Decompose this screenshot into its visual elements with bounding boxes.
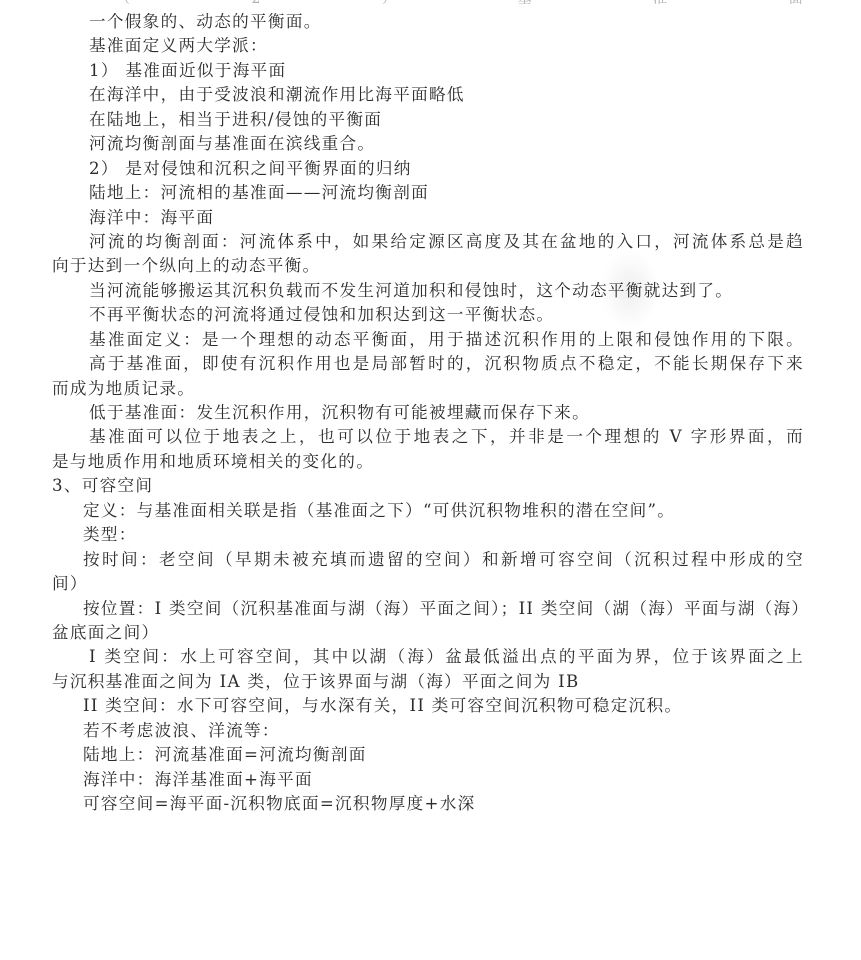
text-line: 高于基准面，即使有沉积作用也是局部暂时的，沉积物质点不稳定，不能长期保存下来 [52,352,804,376]
text-line: 而成为地质记录。 [52,377,804,401]
text-line: 间） [52,572,804,596]
document-body: 一个假象的、动态的平衡面。基准面定义两大学派：1） 基准面近似于海平面在海洋中，… [52,10,804,816]
text-line: 河流的均衡剖面：河流体系中，如果给定源区高度及其在盆地的入口，河流体系总是趋 [52,230,804,254]
text-line: 2） 是对侵蚀和沉积之间平衡界面的归纳 [52,157,804,181]
text-line: 按时间：老空间（早期未被充填而遗留的空间）和新增可容空间（沉积过程中形成的空 [52,548,804,572]
text-line: 在陆地上，相当于进积/侵蚀的平衡面 [52,108,804,132]
text-line: 不再平衡状态的河流将通过侵蚀和加积达到这一平衡状态。 [52,303,804,327]
text-line: 与沉积基准面之间为 IA 类，位于该界面与湖（海）平面之间为 IB [52,670,804,694]
text-line: 若不考虑波浪、洋流等： [52,719,804,743]
text-line: I 类空间：水上可容空间，其中以湖（海）盆最低溢出点的平面为界，位于该界面之上 [52,645,804,669]
text-line: 基准面定义两大学派： [52,34,804,58]
text-line: 海洋中：海洋基准面+海平面 [52,768,804,792]
text-line: 基准面可以位于地表之上，也可以位于地表之下，并非是一个理想的 V 字形界面，而 [52,425,804,449]
text-line: 河流均衡剖面与基准面在滨线重合。 [52,132,804,156]
text-line: 基准面定义：是一个理想的动态平衡面，用于描述沉积作用的上限和侵蚀作用的下限。 [52,328,804,352]
text-line: II 类空间：水下可容空间，与水深有关，II 类可容空间沉积物可稳定沉积。 [52,694,804,718]
text-line: 在海洋中，由于受波浪和潮流作用比海平面略低 [52,83,804,107]
text-line: 3、可容空间 [52,474,804,498]
text-line: 1） 基准面近似于海平面 [52,59,804,83]
cut-off-header-line: （2）基准面 [52,0,804,10]
text-line: 按位置：I 类空间（沉积基准面与湖（海）平面之间）；II 类空间（湖（海）平面与… [52,597,804,621]
document-page: （2）基准面 一个假象的、动态的平衡面。基准面定义两大学派：1） 基准面近似于海… [52,0,804,816]
text-line: 当河流能够搬运其沉积负载而不发生河道加积和侵蚀时，这个动态平衡就达到了。 [52,279,804,303]
text-line: 陆地上：河流相的基准面——河流均衡剖面 [52,181,804,205]
text-line: 类型： [52,523,804,547]
text-line: 定义：与基准面相关联是指（基准面之下）“可供沉积物堆积的潜在空间”。 [52,499,804,523]
text-line: 盆底面之间） [52,621,804,645]
text-line: 一个假象的、动态的平衡面。 [52,10,804,34]
text-line: 陆地上：河流基准面=河流均衡剖面 [52,743,804,767]
text-line: 向于达到一个纵向上的动态平衡。 [52,254,804,278]
text-line: 可容空间=海平面-沉积物底面=沉积物厚度+水深 [52,792,804,816]
text-line: 是与地质作用和地质环境相关的变化的。 [52,450,804,474]
text-line: 海洋中：海平面 [52,206,804,230]
text-line: 低于基准面：发生沉积作用，沉积物有可能被埋藏而保存下来。 [52,401,804,425]
